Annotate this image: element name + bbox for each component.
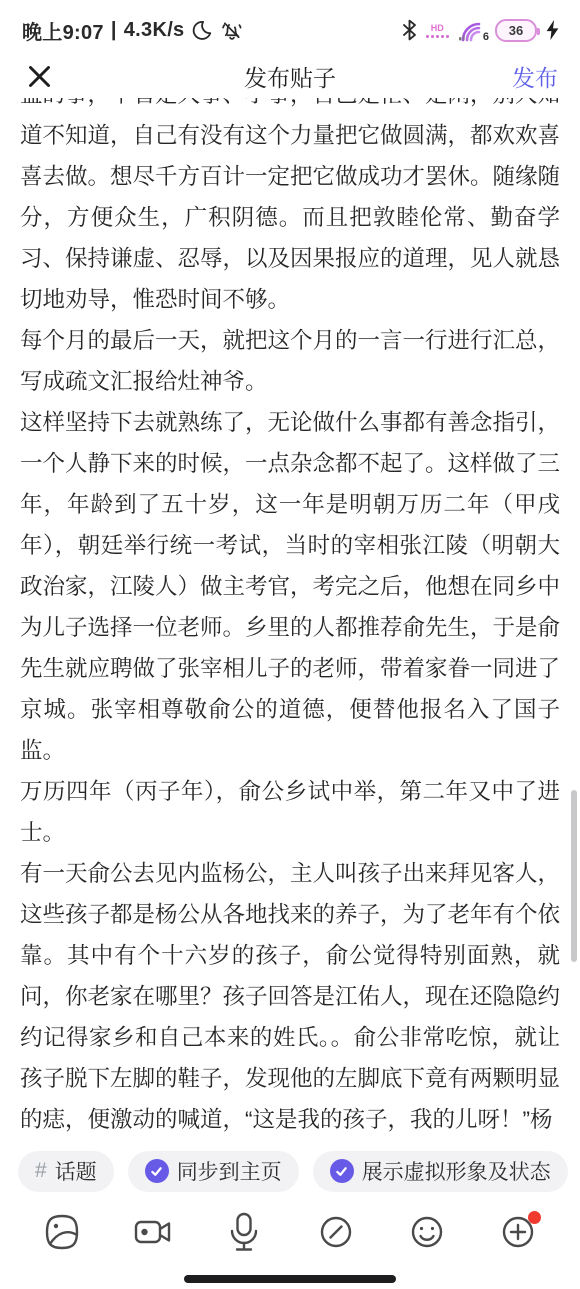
home-indicator-bar[interactable] — [184, 1275, 396, 1283]
insert-image-button[interactable] — [40, 1210, 84, 1254]
bluetooth-icon — [401, 19, 418, 41]
status-separator: | — [111, 19, 117, 42]
post-text-content: 益的事，不管是大事、小事，自己是忙、是闲，别人知道不知道，自己有没有这个力量把它… — [20, 98, 560, 1140]
clock-time: 晚上9:07 — [22, 16, 104, 45]
options-bar: # 话题 同步到主页 展示虚拟形象及状态 — [0, 1148, 580, 1194]
video-camera-icon — [131, 1211, 175, 1253]
record-video-button[interactable] — [131, 1210, 175, 1254]
header: 发布贴子 发布 — [0, 54, 580, 98]
notification-badge — [528, 1211, 541, 1224]
check-icon — [145, 1159, 169, 1183]
post-paragraph: 这样坚持下去就熟练了，无论做什么事都有善念指引，一个人静下来的时候，一点杂念都不… — [20, 402, 560, 771]
emoji-icon — [406, 1211, 448, 1253]
avatar-chip-label: 展示虚拟形象及状态 — [362, 1156, 551, 1186]
network-speed: 4.3K/s — [124, 19, 185, 42]
post-paragraph: 有一天俞公去见内监杨公，主人叫孩子出来拜见客人，这些孩子都是杨公从各地找来的养子… — [20, 853, 560, 1140]
network-signal-icon: 6 — [457, 18, 487, 42]
mute-vibrate-icon — [220, 19, 243, 42]
microphone-icon — [224, 1210, 264, 1254]
voice-input-button[interactable] — [222, 1210, 266, 1254]
scrollbar-thumb[interactable] — [571, 790, 577, 962]
emoji-button[interactable] — [405, 1210, 449, 1254]
topic-chip-label: 话题 — [55, 1156, 97, 1186]
sync-to-home-chip[interactable]: 同步到主页 — [128, 1151, 299, 1192]
sync-chip-label: 同步到主页 — [177, 1156, 282, 1186]
show-avatar-status-chip[interactable]: 展示虚拟形象及状态 — [313, 1151, 568, 1192]
attachment-toolbar — [0, 1200, 580, 1264]
post-paragraph: 万历四年（丙子年），俞公乡试中举，第二年又中了进士。 — [20, 771, 560, 853]
publish-button[interactable]: 发布 — [512, 60, 558, 93]
moon-icon — [191, 19, 213, 41]
hd-signal-icon: HD — [426, 24, 450, 39]
close-button[interactable] — [22, 59, 56, 93]
check-icon — [330, 1159, 354, 1183]
post-paragraph: 益的事，不管是大事、小事，自己是忙、是闲，别人知道不知道，自己有没有这个力量把它… — [20, 98, 560, 320]
hash-icon: # — [35, 1159, 47, 1183]
charging-bolt-icon — [545, 19, 560, 41]
post-text-editor[interactable]: 益的事，不管是大事、小事，自己是忙、是闲，别人知道不知道，自己有没有这个力量把它… — [0, 98, 580, 1144]
add-more-button[interactable] — [496, 1210, 540, 1254]
battery-indicator: 36 — [495, 19, 537, 42]
page-title: 发布贴子 — [0, 60, 580, 93]
post-paragraph: 每个月的最后一天，就把这个月的一言一行进行汇总，写成疏文汇报给灶神爷。 — [20, 320, 560, 402]
topic-chip[interactable]: # 话题 — [18, 1151, 114, 1192]
publish-post-screen: 晚上9:07 | 4.3K/s — [0, 0, 580, 1289]
close-icon — [26, 63, 53, 90]
link-icon — [315, 1211, 357, 1253]
status-bar: 晚上9:07 | 4.3K/s — [0, 0, 580, 54]
image-icon — [41, 1211, 83, 1253]
insert-link-button[interactable] — [314, 1210, 358, 1254]
